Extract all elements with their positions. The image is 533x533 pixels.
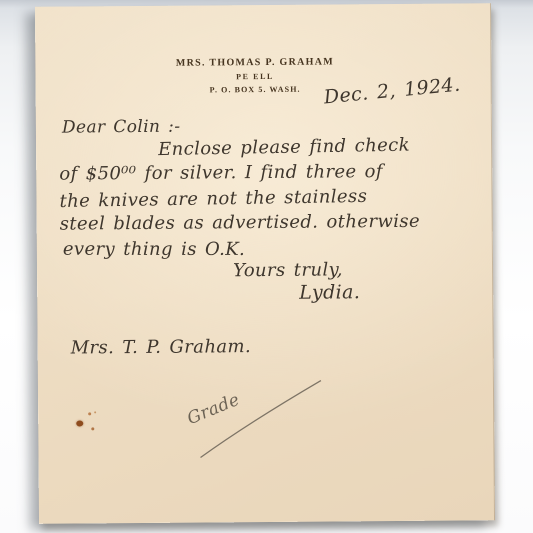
- letterhead-name: MRS. THOMAS P. GRAHAM: [35, 55, 474, 69]
- stain-spot: [88, 412, 91, 415]
- letter-paper: MRS. THOMAS P. GRAHAM PE ELL P. O. BOX 5…: [35, 3, 495, 524]
- body-line: steel blades as advertised. otherwise: [60, 211, 421, 235]
- writer-name: Mrs. T. P. Graham.: [71, 336, 252, 358]
- closing: Yours truly,: [233, 259, 343, 281]
- photo-background: MRS. THOMAS P. GRAHAM PE ELL P. O. BOX 5…: [0, 0, 533, 533]
- stain-spot: [76, 420, 83, 426]
- body-line: of $50⁰⁰ for silver. I find three of: [59, 161, 383, 185]
- body-line: Enclose please find check: [158, 135, 410, 161]
- stain-spot: [94, 411, 96, 413]
- body-line: every thing is O.K.: [63, 239, 245, 260]
- signature: Lydia.: [299, 281, 360, 303]
- pencil-scrawl: Grade: [184, 390, 242, 429]
- body-line: the knives are not the stainless: [59, 186, 367, 212]
- salutation: Dear Colin :-: [62, 117, 181, 138]
- stain-spot: [91, 427, 94, 430]
